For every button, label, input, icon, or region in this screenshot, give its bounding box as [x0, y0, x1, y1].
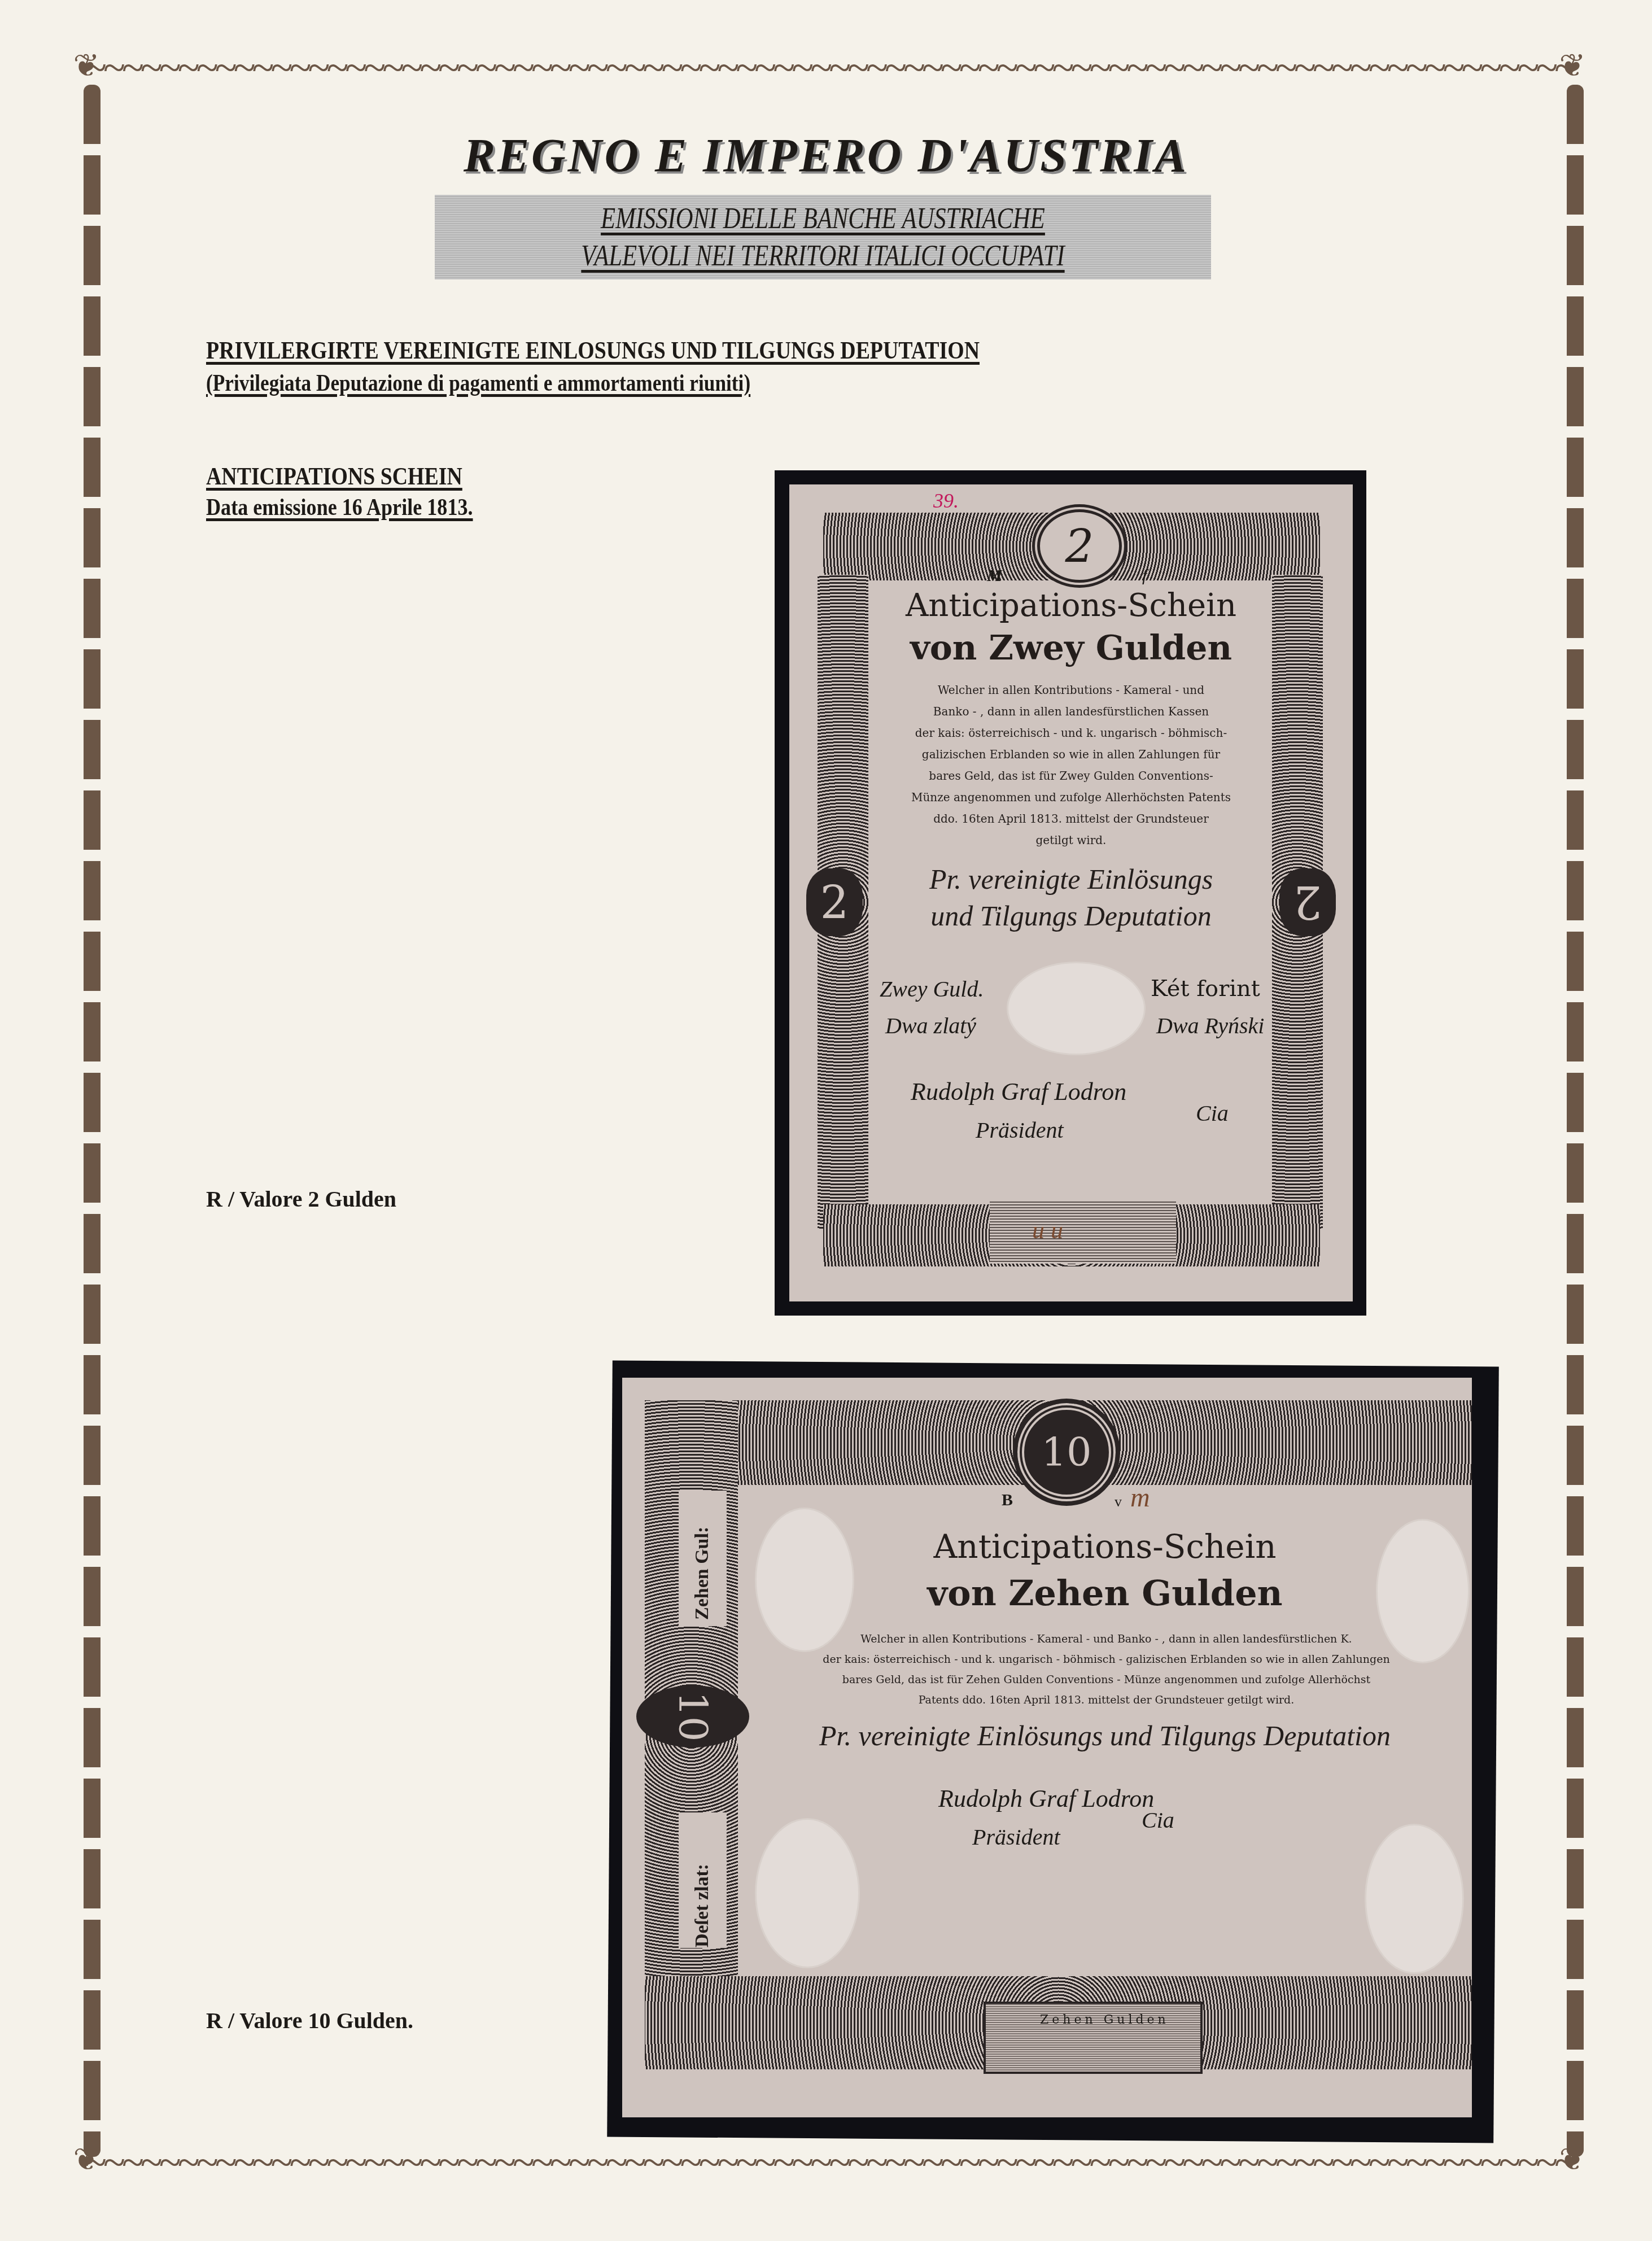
note-heading: Anticipations-Schein	[738, 1527, 1472, 1566]
serial-box	[990, 1202, 1176, 1264]
denomination-medallion-side: 10	[636, 1685, 749, 1748]
authority-line-2: und Tilgungs Deputation	[789, 899, 1353, 932]
bottom-box-text: Zehen Gulden	[1040, 2013, 1169, 2027]
note-value-line: von Zwey Gulden	[789, 628, 1353, 668]
body-line: getilgt wird.	[874, 829, 1268, 851]
pencil-mark: 39.	[933, 489, 959, 513]
authority-line: Pr. vereinigte Einlösungs und Tilgungs D…	[738, 1719, 1472, 1752]
caption-note-2-gulden: R / Valore 2 Gulden	[206, 1186, 396, 1212]
series-letter-right: v	[1115, 1493, 1122, 1510]
denomination-medallion-top: 2	[1032, 504, 1127, 588]
body-line: galizischen Erblanden so wie in allen Za…	[874, 744, 1268, 765]
signature-suffix: Cia	[1196, 1100, 1229, 1126]
issuer-name: PRIVILERGIRTE VEREINIGTE EINLOSUNGS UND …	[206, 336, 980, 365]
subtitle-line-2: VALEVOLI NEI TERRITORI ITALICI OCCUPATI	[505, 238, 1142, 275]
side-text-top: Zehen Gul:	[692, 1496, 713, 1620]
value-german: Zwey Guld.	[880, 976, 984, 1002]
body-line: ddo. 16ten April 1813. mittelst der Grun…	[874, 808, 1268, 829]
body-line: Welcher in allen Kontributions - Kameral…	[741, 1629, 1472, 1649]
banknote-10-gulden[interactable]: 10 10 Zehen Gul: Deſet zlat: B v m Antic…	[622, 1378, 1472, 2117]
embossed-seal-bottom-right	[1365, 1824, 1464, 1974]
note-value-line: von Zehen Gulden	[738, 1572, 1472, 1614]
issue-date: Data emissione 16 Aprile 1813.	[206, 494, 473, 521]
body-line: bares Geld, das ist für Zwey Gulden Conv…	[874, 765, 1268, 787]
signature: Rudolph Graf Lodron	[911, 1077, 1126, 1106]
page-title: REGNO E IMPERO D'AUSTRIA	[0, 129, 1652, 184]
body-line: bares Geld, das ist für Zehen Gulden Con…	[741, 1670, 1472, 1690]
embossed-seal	[1007, 962, 1146, 1055]
border-right	[1567, 85, 1584, 2157]
body-line: Welcher in allen Kontributions - Kameral…	[874, 679, 1268, 701]
border-bottom: ~~~~~~~~~~~~~~~~~~~~~~~~~~~~~~~~~~~~~~~~…	[85, 2151, 1570, 2174]
series-letter-left: M	[987, 566, 1002, 586]
side-text-bottom: Deſet zlat:	[692, 1823, 713, 1947]
border-top: ~~~~~~~~~~~~~~~~~~~~~~~~~~~~~~~~~~~~~~~~…	[85, 56, 1570, 79]
issuer-translation: (Privilegiata Deputazione di pagamenti e…	[206, 370, 750, 397]
caption-note-10-gulden: R / Valore 10 Gulden.	[206, 2007, 413, 2034]
note-body-text: Welcher in allen Kontributions - Kameral…	[741, 1629, 1472, 1710]
series-letter-left: B	[1002, 1491, 1013, 1510]
body-line: Banko - , dann in allen landesfürstliche…	[874, 701, 1268, 722]
serial-handwritten: u u	[1032, 1216, 1063, 1244]
signature-title: Präsident	[976, 1117, 1064, 1143]
border-left	[84, 85, 100, 2157]
subtitle-line-1: EMISSIONI DELLE BANCHE AUSTRIACHE	[505, 200, 1142, 238]
embossed-seal-bottom-left	[755, 1818, 860, 1968]
handwritten-mark: m	[1130, 1482, 1150, 1513]
note-body-text: Welcher in allen Kontributions - Kameral…	[874, 679, 1268, 851]
body-line: der kais: österreichisch - und k. ungari…	[741, 1649, 1472, 1670]
denomination-medallion-top: 10	[1017, 1403, 1116, 1501]
subtitle-banner: EMISSIONI DELLE BANCHE AUSTRIACHE VALEVO…	[435, 195, 1211, 279]
issue-type: ANTICIPATIONS SCHEIN	[206, 462, 462, 491]
value-czech: Dwa zlatý	[885, 1012, 976, 1039]
banknote-2-gulden[interactable]: 2 2 2 39. M f Anticipations-Schein von Z…	[789, 484, 1353, 1301]
signature-suffix: Cia	[1142, 1807, 1174, 1833]
series-letter-right: f	[1142, 566, 1147, 586]
signature-title: Präsident	[972, 1824, 1060, 1850]
body-line: Patents ddo. 16ten April 1813. mittelst …	[741, 1690, 1472, 1710]
body-line: der kais: österreichisch - und k. ungari…	[874, 722, 1268, 744]
note-heading: Anticipations-Schein	[789, 587, 1353, 624]
authority-line-1: Pr. vereinigte Einlösungs	[789, 863, 1353, 895]
signature: Rudolph Graf Lodron	[938, 1784, 1154, 1813]
value-polish: Dwa Ryński	[1156, 1012, 1264, 1039]
body-line: Münze angenommen und zufolge Allerhöchst…	[874, 787, 1268, 808]
value-hungarian: Két forint	[1151, 976, 1260, 1002]
